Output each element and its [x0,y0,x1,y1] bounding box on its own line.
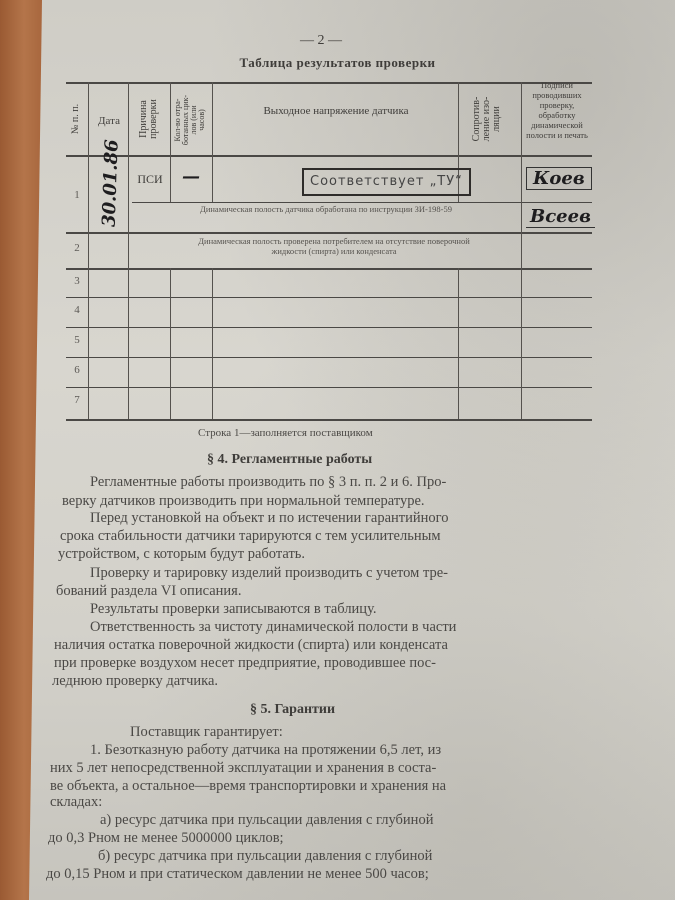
table-bottom-rule [66,419,592,421]
section4-line: Проверку и тарировку изделий производить… [90,565,448,582]
section5-line: складах: [50,794,102,811]
handwritten-date: 30.01.86 [99,147,122,228]
section4-line: бований раздела VI описания. [56,583,241,600]
row2-note: Динамическая полость проверена потребите… [194,236,474,256]
row1-bottom-rule [66,232,592,234]
row-number: 2 [66,242,88,254]
col-divider-cycles-top [212,82,213,202]
section5-line: ве объекта, а остальное—время транспорти… [50,778,446,795]
header-voltage: Выходное напряжение датчика [214,106,458,116]
section4-line: верку датчиков производить при нормально… [62,493,425,510]
row3-bottom-rule [66,297,592,298]
section5-line: а) ресурс датчика при пульсации давления… [100,812,433,829]
section5-line: 1. Безотказную работу датчика на протяже… [90,742,441,759]
col-divider-resistance [521,82,522,419]
section4-line: Перед установкой на объект и по истечени… [90,510,448,527]
header-signatures: Подписи проводивших проверку, обработку … [524,80,590,140]
header-resistance: Сопротив- ление изо- ляции [472,84,506,154]
section4-line: Регламентные работы производить по § 3 п… [90,474,446,491]
row2-bottom-rule [66,268,592,270]
page-number: — 2 — [300,33,342,49]
section4-line: Результаты проверки записываются в табли… [90,601,377,618]
section4-line: срока стабильности датчики тарируются с … [60,528,441,545]
signature-2: Всеев [526,206,595,228]
table-footnote: Строка 1—заполняется поставщиком [198,427,373,439]
section4-line: Ответственность за чистоту динамической … [90,619,456,636]
section4-heading: § 4. Регламентные работы [207,452,372,468]
row-number: 6 [66,364,88,376]
check-reason: ПСИ [130,174,170,184]
col-divider-date [128,82,129,419]
row6-bottom-rule [66,387,592,388]
section5-line: до 0,3 Рном не менее 5000000 циклов; [48,830,284,847]
header-cycles: Кол-во отра- ботанных цик- лов (или часо… [174,85,208,155]
row5-bottom-rule [66,357,592,358]
table-title: Таблица результатов проверки [0,55,675,71]
compliance-stamp: Соответствует „ТУ“ [302,168,471,196]
row-number: 3 [66,275,88,287]
col-divider-num [88,82,89,419]
section5-line: них 5 лет непосредственной эксплуатации … [50,760,436,777]
signature-1: Коев [526,167,592,190]
row-number: 4 [66,304,88,316]
section5-heading: § 5. Гарантии [250,702,335,718]
row4-bottom-rule [66,327,592,328]
header-reason: Причина проверки [139,86,159,152]
section5-line: Поставщик гарантирует: [130,724,283,741]
document-page: — 2 — Таблица результатов проверки № п. … [0,0,675,900]
row-number: 1 [66,189,88,201]
col-divider-voltage-bottom [458,268,459,419]
section4-line: наличия остатка поверочной жидкости (спи… [54,637,448,654]
section4-line: устройством, с которым будут работать. [58,546,305,563]
col-divider-cycles-bottom [212,268,213,419]
header-bottom-rule [66,155,592,157]
section5-line: б) ресурс датчика при пульсации давления… [98,848,432,865]
row1-divider [132,202,592,203]
col-divider-reason-bottom [170,268,171,419]
section4-line: леднюю проверку датчика. [52,673,218,690]
section4-line: при проверке воздухом несет предприятие,… [54,655,436,672]
table-top-rule [66,82,592,84]
row-number: 5 [66,334,88,346]
row-number: 7 [66,394,88,406]
cycles-dash: — [174,166,208,187]
header-num: № п. п. [71,89,83,149]
header-date: Дата [90,116,128,126]
col-divider-reason-top [170,82,171,202]
section5-line: до 0,15 Рном и при статическом давлении … [46,866,429,883]
row1-note: Динамическая полость датчика обработана … [196,204,456,214]
